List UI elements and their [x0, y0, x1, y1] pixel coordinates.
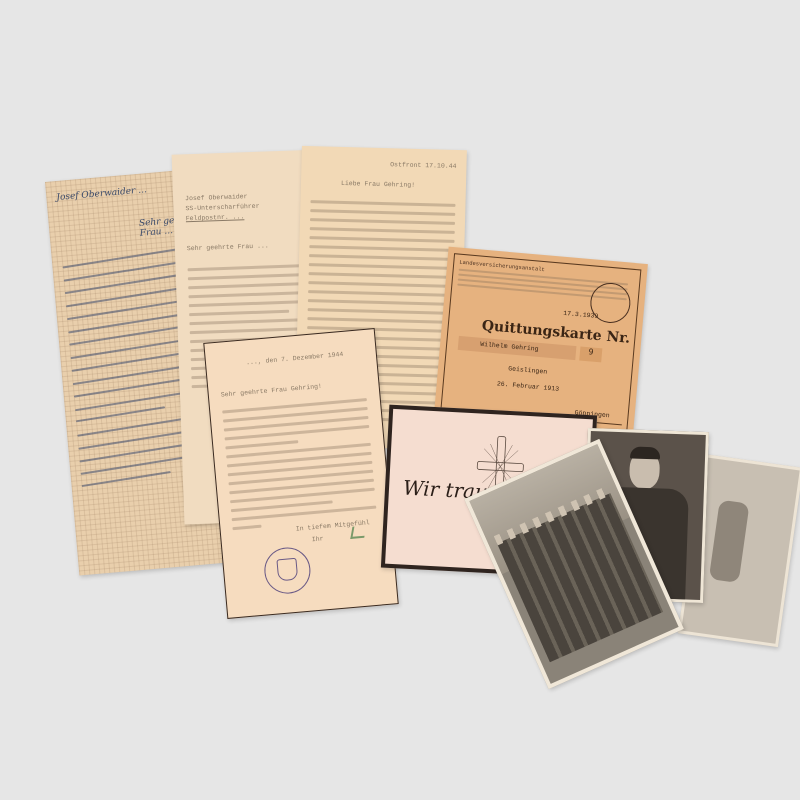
letter-date-line: ..., den 7. Dezember 1944 — [246, 350, 344, 368]
signature — [350, 525, 366, 538]
letter-body — [222, 392, 378, 536]
official-stamp — [262, 546, 312, 596]
card-number: 9 — [579, 347, 602, 363]
letter-greeting: Sehr geehrte Frau ... — [187, 241, 269, 254]
coat-of-arms-icon — [276, 558, 298, 582]
signature-line: Ihr — [311, 534, 324, 545]
letter-greeting: Liebe Frau Gehring! — [341, 179, 415, 191]
sender-address: Feldpostnr. ... — [186, 212, 245, 224]
condolence-letter: ..., den 7. Dezember 1944 Sehr geehrte F… — [203, 328, 398, 619]
letter-date: Ostfront 17.10.44 — [390, 160, 457, 172]
handwritten-header: Josef Oberwaider ... — [56, 185, 147, 203]
